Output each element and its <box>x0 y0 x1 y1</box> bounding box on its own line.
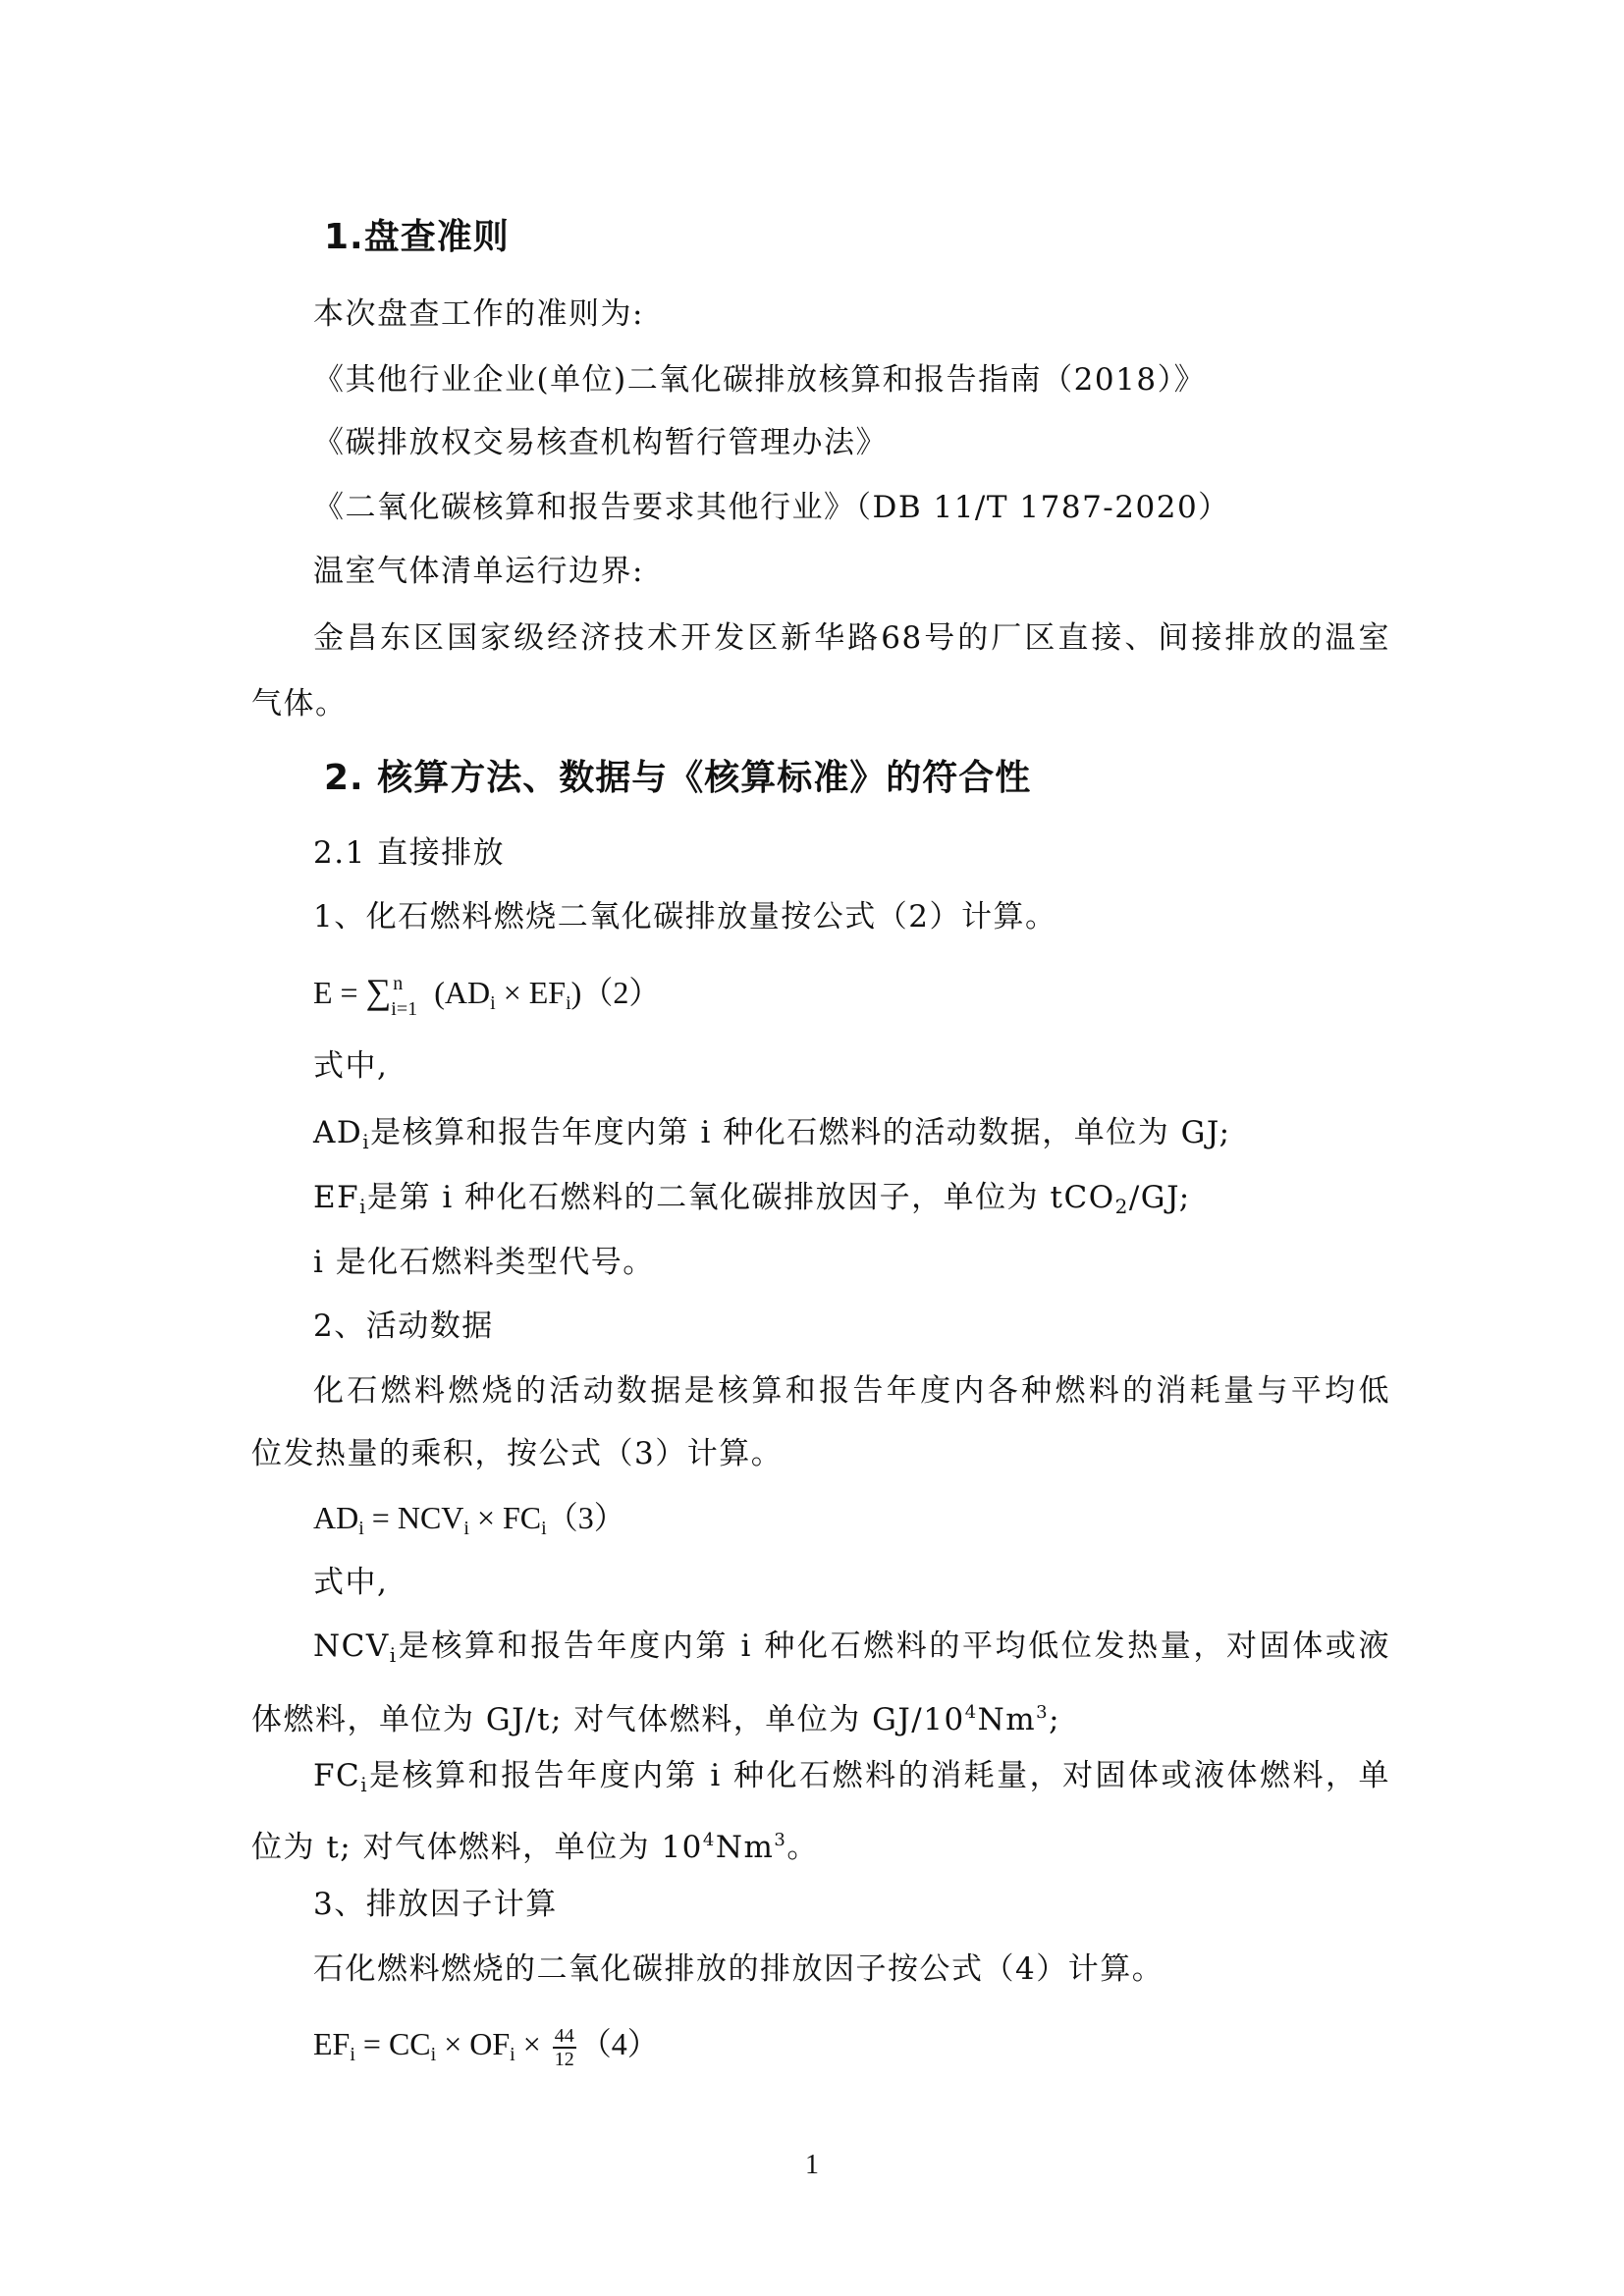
formula-4: EFi = CCi × OFi × 4412（4） <box>313 2024 1452 2074</box>
def-ad: ADi是核算和报告年度内第 i 种化石燃料的活动数据，单位为 GJ; <box>313 1113 1452 1161</box>
fraction-44-12: 4412 <box>553 2025 576 2070</box>
section-heading-1: 1.盘查准则 <box>324 216 510 259</box>
def-fc-line2: 位为 t; 对气体燃料，单位为 104Nm3。 <box>251 1821 1390 1867</box>
def-i: i 是化石燃料类型代号。 <box>313 1243 1452 1282</box>
item-1-text: 1、化石燃料燃烧二氧化碳排放量按公式（2）计算。 <box>313 897 1452 936</box>
formula-2: E = ∑ni=1(ADi × EFi)（2） <box>313 972 1452 1023</box>
document-page: 1.盘查准则 本次盘查工作的准则为: 《其他行业企业(单位)二氧化碳排放核算和报… <box>0 0 1624 2296</box>
def-fc-line1: FCi是核算和报告年度内第 i 种化石燃料的消耗量，对固体或液体燃料，单 <box>313 1756 1390 1804</box>
item-2-heading: 2、活动数据 <box>313 1307 1452 1346</box>
section-heading-2: 2. 核算方法、数据与《核算标准》的符合性 <box>324 757 1031 800</box>
subsection-heading-2-1: 2.1 直接排放 <box>313 833 1452 873</box>
standard-item-1: 《其他行业企业(单位)二氧化碳排放核算和报告指南（2018）》 <box>313 360 1452 400</box>
item-3-heading: 3、排放因子计算 <box>313 1885 1452 1924</box>
standard-item-2: 《碳排放权交易核查机构暂行管理办法》 <box>313 423 1452 462</box>
activity-text-line2: 位发热量的乘积，按公式（3）计算。 <box>251 1434 1390 1473</box>
where-label-2: 式中, <box>313 1563 1452 1602</box>
boundary-text-line2: 气体。 <box>251 684 1390 723</box>
formula-3: ADi = NCVi × FCi（3） <box>313 1498 1452 1548</box>
standard-item-3: 《二氧化碳核算和报告要求其他行业》（DB 11/T 1787-2020） <box>313 488 1452 527</box>
page-number: 1 <box>805 2150 819 2181</box>
activity-text-line1: 化石燃料燃烧的活动数据是核算和报告年度内各种燃料的消耗量与平均低 <box>313 1371 1390 1411</box>
def-ncv-line1: NCVi是核算和报告年度内第 i 种化石燃料的平均低位发热量，对固体或液 <box>313 1627 1390 1675</box>
def-ncv-line2: 体燃料，单位为 GJ/t; 对气体燃料，单位为 GJ/104Nm3; <box>251 1693 1390 1739</box>
emission-factor-text: 石化燃料燃烧的二氧化碳排放的排放因子按公式（4）计算。 <box>313 1949 1452 1989</box>
boundary-text-line1: 金昌东区国家级经济技术开发区新华路68号的厂区直接、间接排放的温室 <box>313 618 1390 658</box>
boundary-label: 温室气体清单运行边界: <box>313 552 1452 591</box>
where-label-1: 式中, <box>313 1046 1452 1086</box>
criteria-intro: 本次盘查工作的准则为: <box>313 294 1452 334</box>
def-ef: EFi是第 i 种化石燃料的二氧化碳排放因子，单位为 tCO2/GJ; <box>313 1178 1452 1226</box>
